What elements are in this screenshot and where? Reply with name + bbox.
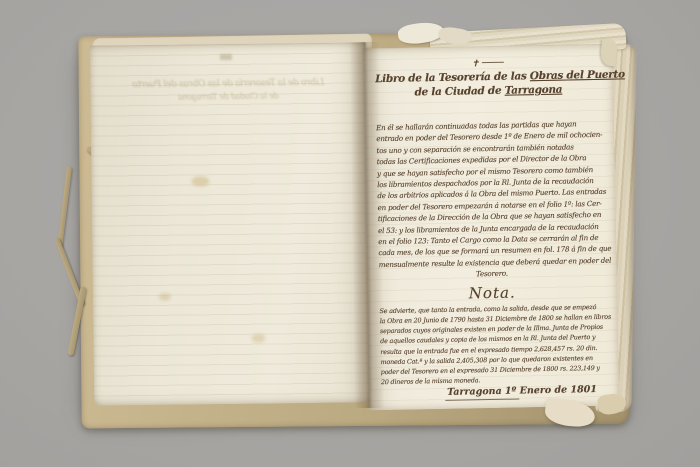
binding-tie [57, 166, 72, 248]
nota-heading: Nota. [379, 282, 605, 304]
bleedthrough-text: Libro de la Tesorería de las Obras del P… [118, 77, 338, 105]
paper-stain [159, 293, 171, 301]
nota-paragraph: Se advierte, que tanto la entrada, como … [379, 302, 607, 388]
page-corner-curl [599, 39, 618, 67]
dateline: Tarragona 1º Enero de 1801 [447, 384, 607, 399]
manuscript-photo: Libro de la Tesorería de las Obras del P… [0, 0, 700, 467]
title-text: de la Ciudad de [414, 85, 504, 99]
title-text-underlined: Obras del Puerto [530, 68, 625, 82]
paper-stain [220, 54, 232, 60]
title-text-underlined: Tarragona [505, 84, 563, 97]
paper-stain [191, 176, 209, 186]
intro-paragraph: En él se hallarán continuadas todas las … [376, 118, 605, 282]
paper-stain [251, 334, 265, 343]
right-page: ✝ Libro de la Tesorería de las Obras del… [363, 44, 620, 411]
left-page: Libro de la Tesorería de las Obras del P… [90, 42, 370, 405]
